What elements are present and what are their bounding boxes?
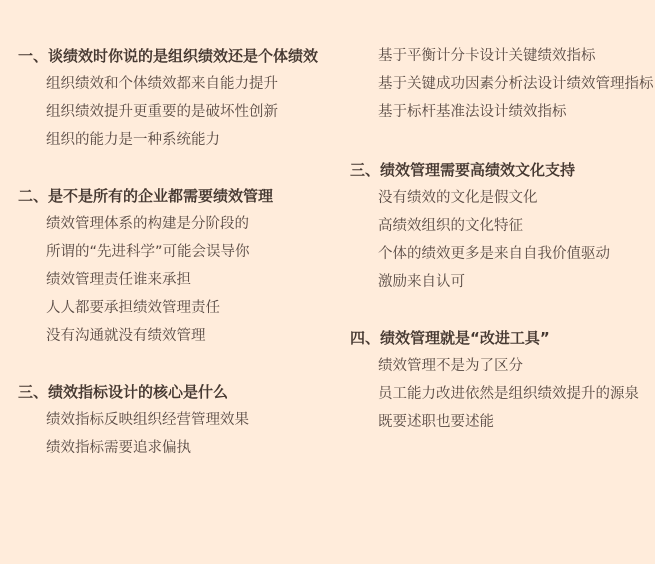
toc-right-column: 基于平衡计分卡设计关键绩效指标 基于关键成功因素分析法设计绩效管理指标 基于标杆… xyxy=(350,42,655,464)
toc-left-column: 一、谈绩效时你说的是组织绩效还是个体绩效 组织绩效和个体绩效都来自能力提升 组织… xyxy=(18,42,343,490)
toc-item: 高绩效组织的文化特征 xyxy=(350,212,655,240)
toc-item: 没有沟通就没有绩效管理 xyxy=(18,322,343,350)
section-header: 三、绩效指标设计的核心是什么 xyxy=(18,378,343,406)
section-number: 四、 xyxy=(350,324,380,352)
section-header: 三、绩效管理需要高绩效文化支持 xyxy=(350,156,655,184)
toc-section-r3: 三、绩效管理需要高绩效文化支持 没有绩效的文化是假文化 高绩效组织的文化特征 个… xyxy=(350,156,655,296)
toc-item: 个体的绩效更多是来自自我价值驱动 xyxy=(350,240,655,268)
section-title: 绩效管理就是“改进工具” xyxy=(380,329,550,347)
section-title: 绩效管理需要高绩效文化支持 xyxy=(380,161,575,179)
section-number: 一、 xyxy=(18,42,48,70)
toc-item: 绩效管理责任谁来承担 xyxy=(18,266,343,294)
toc-item: 既要述职也要述能 xyxy=(350,408,655,436)
section-title: 谈绩效时你说的是组织绩效还是个体绩效 xyxy=(48,47,318,65)
toc-item: 组织绩效和个体绩效都来自能力提升 xyxy=(18,70,343,98)
toc-item: 组织的能力是一种系统能力 xyxy=(18,126,343,154)
section-header: 一、谈绩效时你说的是组织绩效还是个体绩效 xyxy=(18,42,343,70)
toc-item: 基于关键成功因素分析法设计绩效管理指标 xyxy=(350,70,655,98)
toc-item: 基于标杆基准法设计绩效指标 xyxy=(350,98,655,126)
toc-item: 所谓的“先进科学”可能会误导你 xyxy=(18,238,343,266)
section-title: 绩效指标设计的核心是什么 xyxy=(48,383,228,401)
toc-section-1: 一、谈绩效时你说的是组织绩效还是个体绩效 组织绩效和个体绩效都来自能力提升 组织… xyxy=(18,42,343,154)
toc-item: 激励来自认可 xyxy=(350,268,655,296)
section-header: 四、绩效管理就是“改进工具” xyxy=(350,324,655,352)
toc-item: 员工能力改进依然是组织绩效提升的源泉 xyxy=(350,380,655,408)
toc-item: 人人都要承担绩效管理责任 xyxy=(18,294,343,322)
section-header: 二、是不是所有的企业都需要绩效管理 xyxy=(18,182,343,210)
toc-item: 绩效指标反映组织经营管理效果 xyxy=(18,406,343,434)
toc-item: 没有绩效的文化是假文化 xyxy=(350,184,655,212)
section-number: 三、 xyxy=(350,156,380,184)
toc-item: 绩效管理不是为了区分 xyxy=(350,352,655,380)
section-number: 三、 xyxy=(18,378,48,406)
toc-section-r4: 四、绩效管理就是“改进工具” 绩效管理不是为了区分 员工能力改进依然是组织绩效提… xyxy=(350,324,655,436)
toc-leading-items: 基于平衡计分卡设计关键绩效指标 基于关键成功因素分析法设计绩效管理指标 基于标杆… xyxy=(350,42,655,126)
toc-item: 绩效指标需要追求偏执 xyxy=(18,434,343,462)
toc-section-3: 三、绩效指标设计的核心是什么 绩效指标反映组织经营管理效果 绩效指标需要追求偏执 xyxy=(18,378,343,462)
toc-page: 一、谈绩效时你说的是组织绩效还是个体绩效 组织绩效和个体绩效都来自能力提升 组织… xyxy=(0,0,655,564)
section-number: 二、 xyxy=(18,182,48,210)
toc-item: 基于平衡计分卡设计关键绩效指标 xyxy=(350,42,655,70)
toc-item: 绩效管理体系的构建是分阶段的 xyxy=(18,210,343,238)
section-title: 是不是所有的企业都需要绩效管理 xyxy=(48,187,273,205)
toc-section-2: 二、是不是所有的企业都需要绩效管理 绩效管理体系的构建是分阶段的 所谓的“先进科… xyxy=(18,182,343,350)
toc-item: 组织绩效提升更重要的是破坏性创新 xyxy=(18,98,343,126)
